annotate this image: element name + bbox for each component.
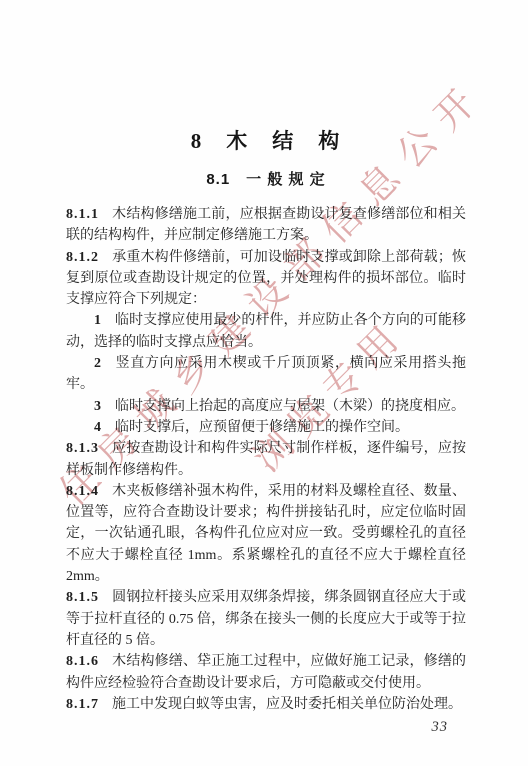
clause-number: 8.1.3 [66, 441, 99, 456]
page-content: 8 木 结 构 8.1 一 般 规 定 8.1.1木结构修缮施工前，应根据查勘设… [0, 0, 528, 715]
clause-text: 施工中发现白蚁等虫害，应及时委托相关单位防治处理。 [112, 697, 462, 712]
clause-8-1-7: 8.1.7施工中发现白蚁等虫害，应及时委托相关单位防治处理。 [66, 694, 466, 715]
item-number: 3 [94, 399, 101, 414]
clause-number: 8.1.7 [66, 697, 99, 712]
clause-number: 8.1.4 [66, 484, 99, 499]
clause-8-1-2-item-1: 1临时支撑应使用最少的杆件，并应防止各个方向的可能移动，选择的临时支撑点应恰当。 [66, 310, 466, 353]
clause-number: 8.1.6 [66, 654, 99, 669]
chapter-title: 8 木 结 构 [66, 130, 466, 153]
clause-8-1-2: 8.1.2承重木构件修缮前，可加设临时支撑或卸除上部荷载；恢复到原位或查勘设计规… [66, 247, 466, 311]
clause-8-1-5: 8.1.5圆钢拉杆接头应采用双绑条焊接，绑条圆钢直径应大于或等于拉杆直径的 0.… [66, 587, 466, 651]
clause-8-1-2-item-4: 4临时支撑后，应预留便于修缮施工的操作空间。 [66, 417, 466, 438]
body-text: 8.1.1木结构修缮施工前，应根据查勘设计复查修缮部位和相关联的结构构件，并应制… [66, 204, 466, 715]
page-number: 33 [432, 719, 449, 736]
document-page: 住房城乡建设部信息公开 浏览专用 8 木 结 构 8.1 一 般 规 定 8.1… [0, 0, 528, 766]
item-number: 2 [94, 356, 101, 371]
clause-text: 木结构修缮、牮正施工过程中，应做好施工记录，修缮的构件应经检验符合查勘设计要求后… [66, 654, 466, 690]
item-text: 临时支撑向上抬起的高度应与屋架（木梁）的挠度相应。 [115, 399, 465, 414]
item-text: 临时支撑应使用最少的杆件，并应防止各个方向的可能移动，选择的临时支撑点应恰当。 [66, 313, 466, 349]
clause-text: 木夹板修缮补强木构件，采用的材料及螺栓直径、数量、位置等，应符合查勘设计要求；构… [66, 484, 466, 584]
item-text: 竖直方向应采用木楔或千斤顶顶紧，横向应采用搭头拖牢。 [66, 356, 466, 392]
section-title: 8.1 一 般 规 定 [66, 171, 466, 188]
clause-text: 木结构修缮施工前，应根据查勘设计复查修缮部位和相关联的结构构件，并应制定修缮施工… [66, 207, 466, 243]
clause-8-1-2-item-2: 2竖直方向应采用木楔或千斤顶顶紧，横向应采用搭头拖牢。 [66, 353, 466, 396]
clause-number: 8.1.1 [66, 207, 99, 222]
clause-8-1-4: 8.1.4木夹板修缮补强木构件，采用的材料及螺栓直径、数量、位置等，应符合查勘设… [66, 481, 466, 587]
item-number: 4 [94, 420, 101, 435]
item-text: 临时支撑后，应预留便于修缮施工的操作空间。 [115, 420, 409, 435]
clause-text: 圆钢拉杆接头应采用双绑条焊接，绑条圆钢直径应大于或等于拉杆直径的 0.75 倍，… [66, 590, 466, 648]
clause-8-1-6: 8.1.6木结构修缮、牮正施工过程中，应做好施工记录，修缮的构件应经检验符合查勘… [66, 651, 466, 694]
clause-8-1-1: 8.1.1木结构修缮施工前，应根据查勘设计复查修缮部位和相关联的结构构件，并应制… [66, 204, 466, 247]
clause-8-1-3: 8.1.3应按查勘设计和构件实际尺寸制作样板，逐件编号，应按样板制作修缮构件。 [66, 438, 466, 481]
clause-number: 8.1.2 [66, 250, 99, 265]
clause-8-1-2-item-3: 3临时支撑向上抬起的高度应与屋架（木梁）的挠度相应。 [66, 396, 466, 417]
clause-number: 8.1.5 [66, 590, 99, 605]
clause-text: 承重木构件修缮前，可加设临时支撑或卸除上部荷载；恢复到原位或查勘设计规定的位置，… [66, 250, 466, 308]
item-number: 1 [94, 313, 101, 328]
clause-text: 应按查勘设计和构件实际尺寸制作样板，逐件编号，应按样板制作修缮构件。 [66, 441, 466, 477]
